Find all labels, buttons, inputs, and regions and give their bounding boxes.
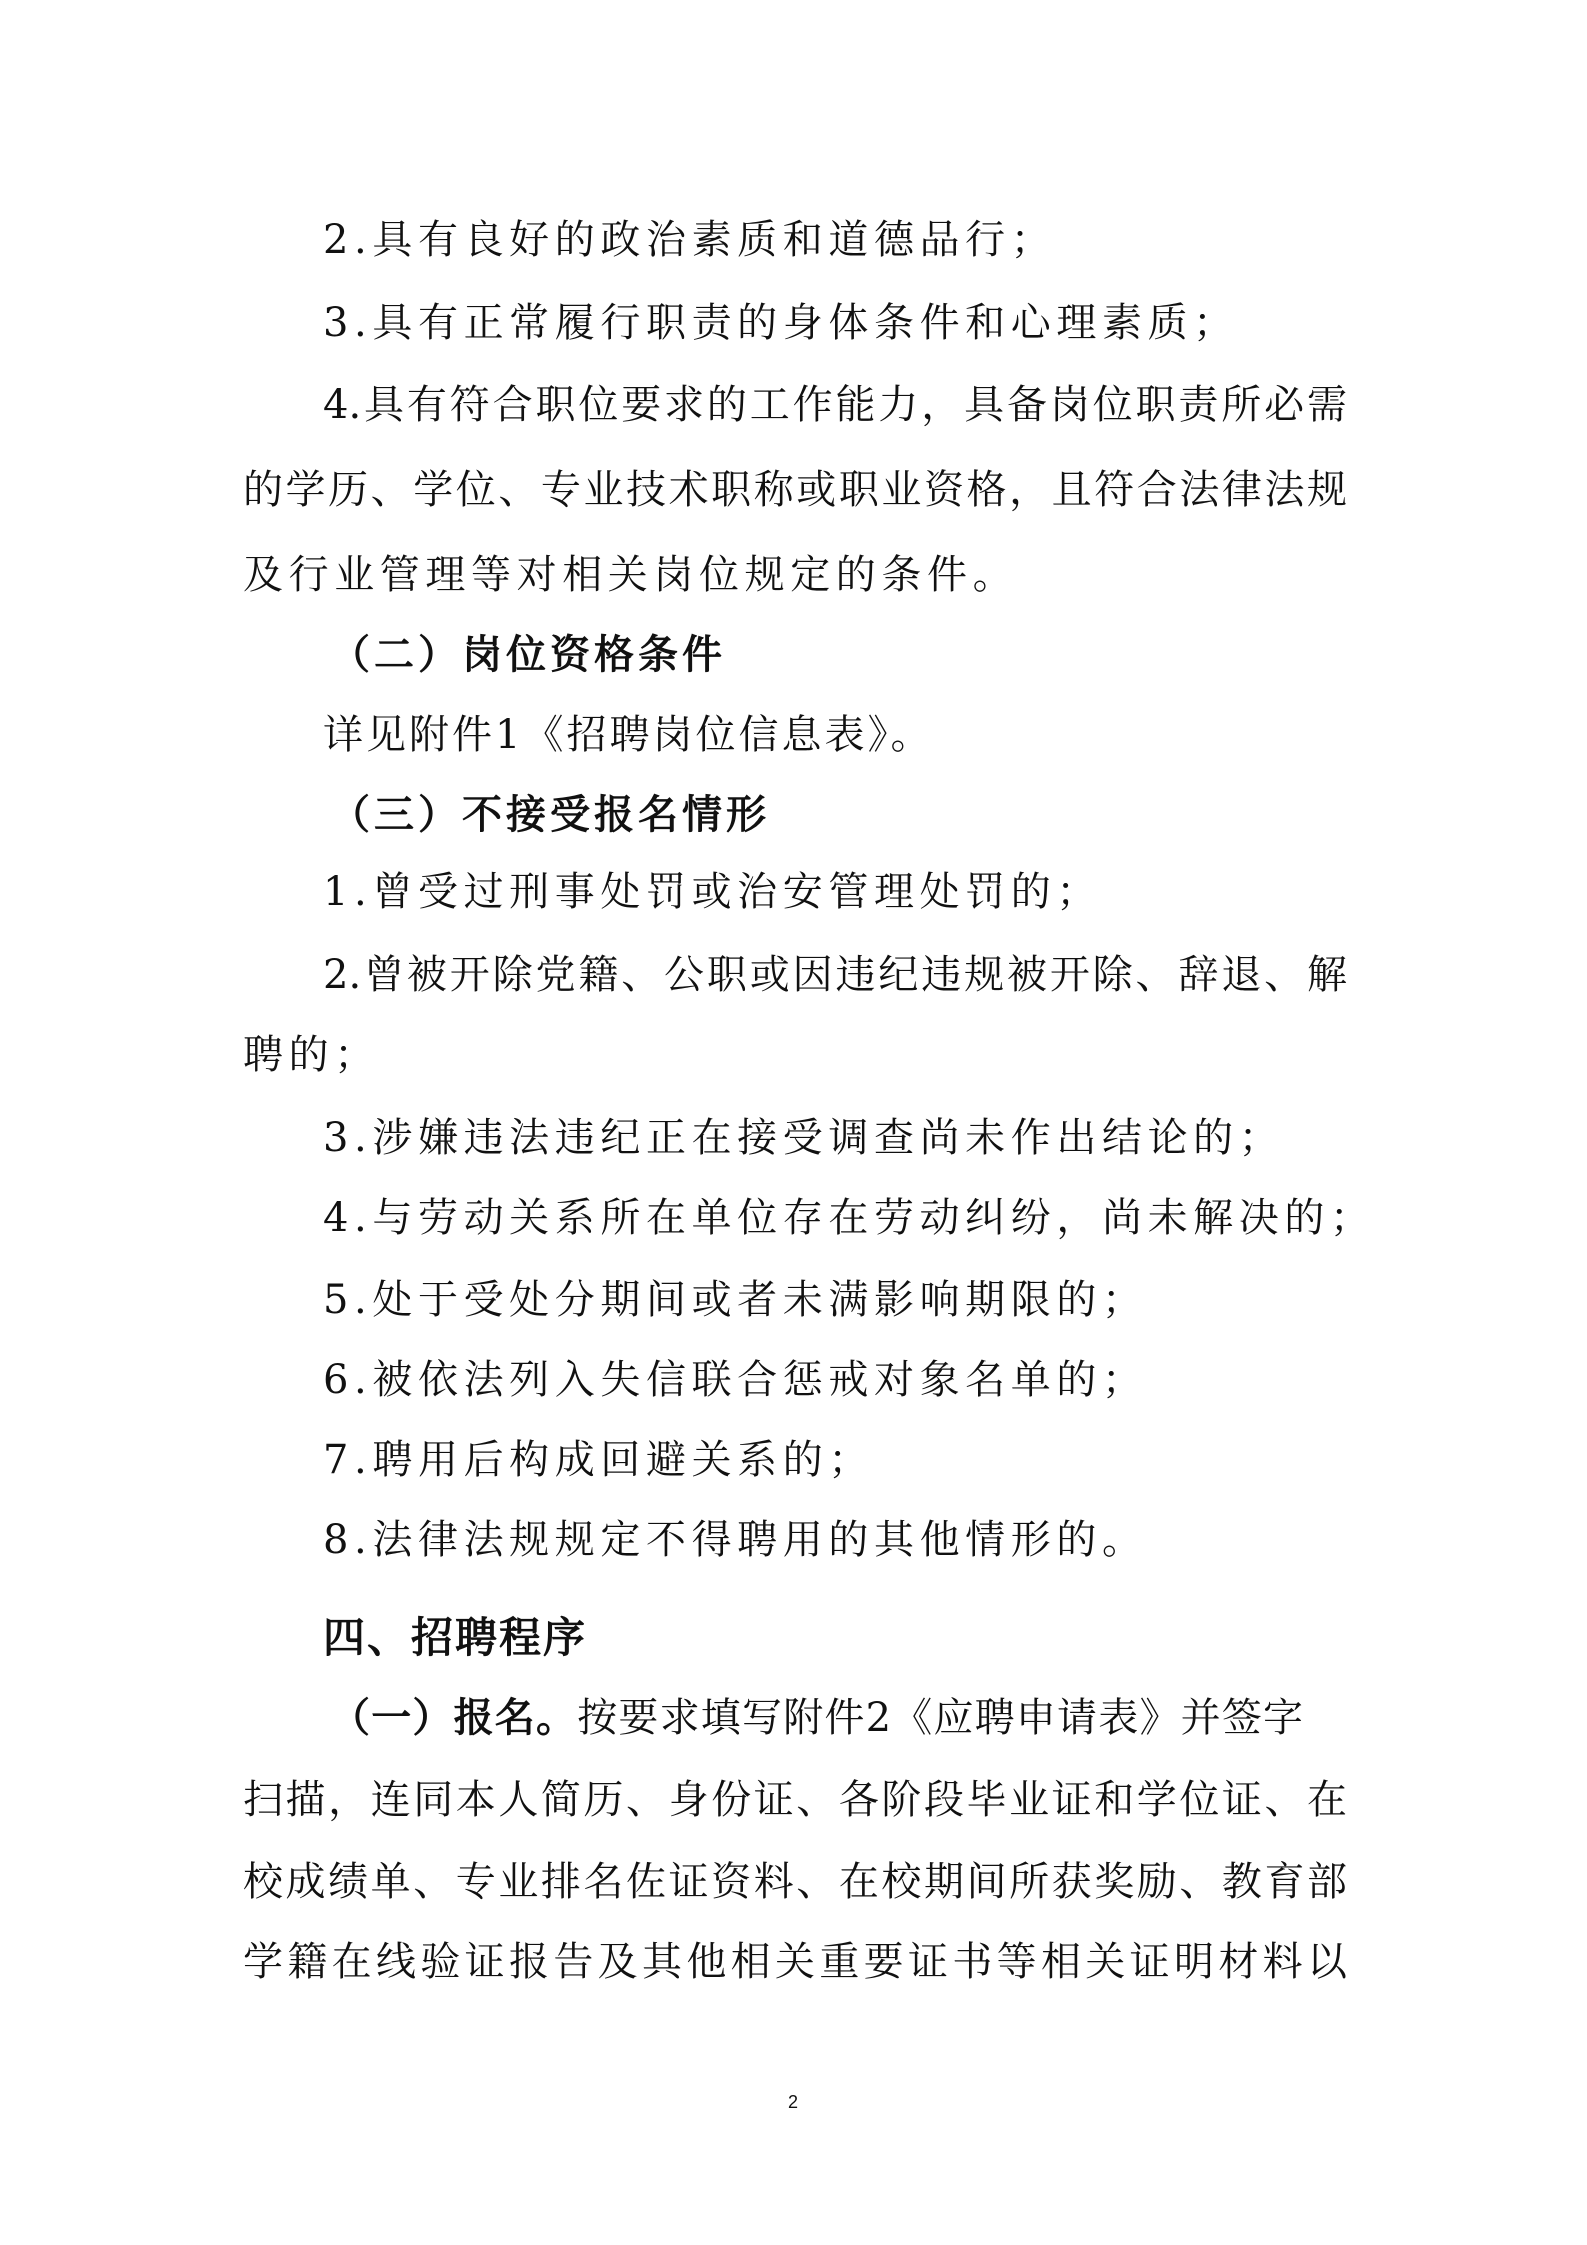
requirement-item-3: 3.具有正常履行职责的身体条件和心理素质；	[323, 293, 1347, 353]
procedure-step-1-lead: （一）报名。	[330, 1695, 577, 1741]
requirement-item-4: 4.具有符合职位要求的工作能力，具备岗位职责所必需	[323, 375, 1347, 435]
attachment-reference: 详见附件1《招聘岗位信息表》。	[323, 705, 1347, 765]
procedure-step-1-registration: （一）报名。按要求填写附件2《应聘申请表》并签字	[330, 1688, 1347, 1748]
procedure-step-1-cont-2: 校成绩单、专业排名佐证资料、在校期间所获奖励、教育部	[243, 1852, 1347, 1912]
ineligible-item-8: 8.法律法规规定不得聘用的其他情形的。	[323, 1510, 1347, 1570]
section-heading-recruitment-procedure: 四、招聘程序	[323, 1608, 1347, 1668]
requirement-item-4-cont-2: 及行业管理等对相关岗位规定的条件。	[243, 545, 1347, 605]
page-number: 2	[783, 2092, 803, 2113]
document-page: 2.具有良好的政治素质和道德品行； 3.具有正常履行职责的身体条件和心理素质； …	[0, 0, 1587, 2245]
procedure-step-1-cont-3: 学籍在线验证报告及其他相关重要证书等相关证明材料以	[243, 1932, 1347, 1992]
section-heading-position-qualifications: （二）岗位资格条件	[330, 625, 1434, 685]
ineligible-item-5: 5.处于受处分期间或者未满影响期限的；	[323, 1270, 1347, 1330]
ineligible-item-7: 7.聘用后构成回避关系的；	[323, 1430, 1347, 1490]
requirement-item-2: 2.具有良好的政治素质和道德品行；	[323, 210, 1347, 270]
ineligible-item-6: 6.被依法列入失信联合惩戒对象名单的；	[323, 1350, 1347, 1410]
procedure-step-1-text: 按要求填写附件2《应聘申请表》并签字	[577, 1695, 1304, 1741]
ineligible-item-2-cont: 聘的；	[243, 1025, 1347, 1085]
section-heading-ineligible-cases: （三）不接受报名情形	[330, 785, 1434, 845]
ineligible-item-3: 3.涉嫌违法违纪正在接受调查尚未作出结论的；	[323, 1108, 1347, 1168]
ineligible-item-2: 2.曾被开除党籍、公职或因违纪违规被开除、辞退、解	[323, 945, 1347, 1005]
ineligible-item-4: 4.与劳动关系所在单位存在劳动纠纷，尚未解决的；	[323, 1188, 1347, 1248]
procedure-step-1-cont-1: 扫描，连同本人简历、身份证、各阶段毕业证和学位证、在	[243, 1770, 1347, 1830]
requirement-item-4-cont-1: 的学历、学位、专业技术职称或职业资格，且符合法律法规	[243, 460, 1347, 520]
ineligible-item-1: 1.曾受过刑事处罚或治安管理处罚的；	[323, 862, 1347, 922]
